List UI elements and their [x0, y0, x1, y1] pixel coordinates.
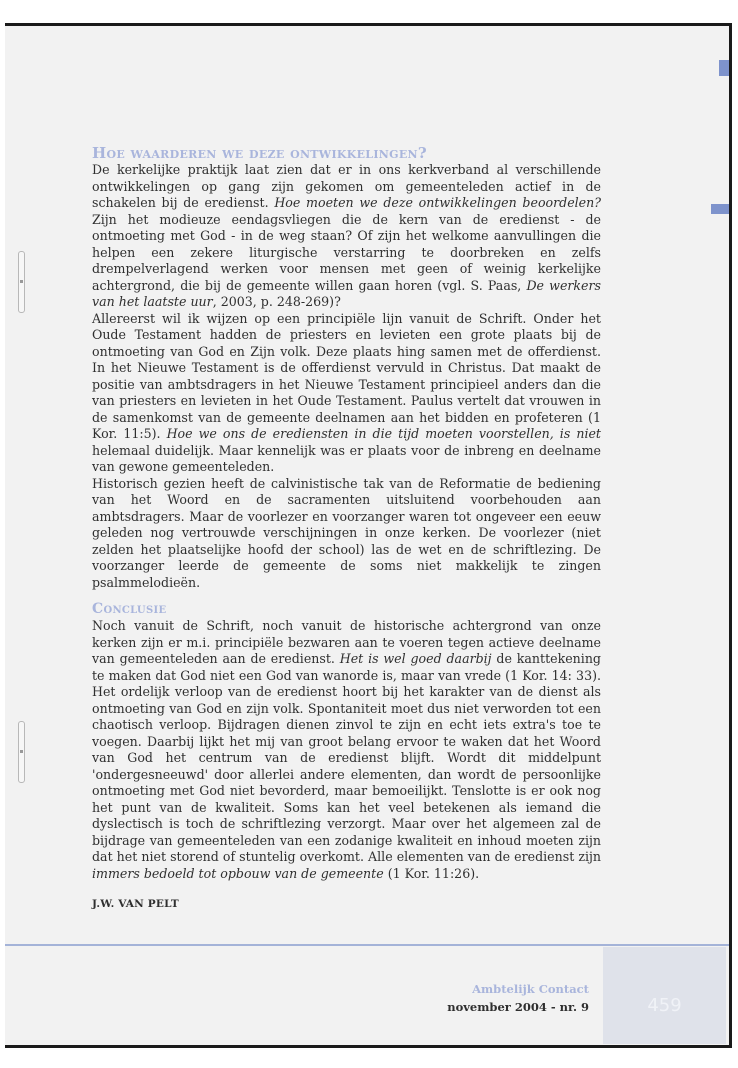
paragraph: De kerkelijke praktijk laat zien dat er …: [92, 162, 601, 311]
paragraph: Allereerst wil ik wijzen op een principi…: [92, 311, 601, 476]
issue-info: november 2004 - nr. 9: [447, 1000, 589, 1014]
article-body: Hoe waarderen we deze ontwikkelingen? De…: [92, 144, 601, 913]
paragraph: Noch vanuit de Schrift, noch vanuit de h…: [92, 618, 601, 882]
footer-divider: [5, 944, 729, 946]
text-run: , 2003, p. 248-269)?: [213, 294, 341, 309]
staple-icon: [18, 251, 25, 313]
text-run: Zijn het modieuze eendagsvliegen die de …: [92, 212, 601, 293]
page-number: 459: [603, 995, 726, 1016]
thumb-index-tab: [719, 60, 729, 76]
text-run: Allereerst wil ik wijzen op een principi…: [92, 311, 601, 442]
magazine-name: Ambtelijk Contact: [472, 982, 589, 996]
section-heading-evaluation: Hoe waarderen we deze ontwikkelingen?: [92, 144, 601, 162]
text-run: helemaal duidelijk. Maar kennelijk was e…: [92, 443, 601, 475]
staple-icon: [18, 721, 25, 783]
section-heading-conclusion: Conclusie: [92, 600, 601, 618]
author-byline: J.W. VAN PELT: [92, 896, 601, 913]
italic-run: immers bedoeld tot opbouw van de gemeent…: [92, 866, 384, 881]
paragraph: Historisch gezien heeft de calvinistisch…: [92, 476, 601, 592]
text-run: de kanttekening te maken dat God niet ee…: [92, 651, 601, 864]
text-run: (1 Kor. 11:26).: [384, 866, 479, 881]
italic-run: Het is wel goed daarbij: [340, 651, 492, 666]
magazine-page: Hoe waarderen we deze ontwikkelingen? De…: [5, 23, 732, 1048]
italic-run: Hoe moeten we deze ontwikkelingen beoord…: [274, 195, 601, 210]
thumb-index-tab-secondary: [711, 204, 729, 214]
italic-run: Hoe we ons de erediensten in die tijd mo…: [167, 426, 601, 441]
spacer: [92, 591, 601, 600]
page-number-box: 459: [603, 947, 726, 1044]
